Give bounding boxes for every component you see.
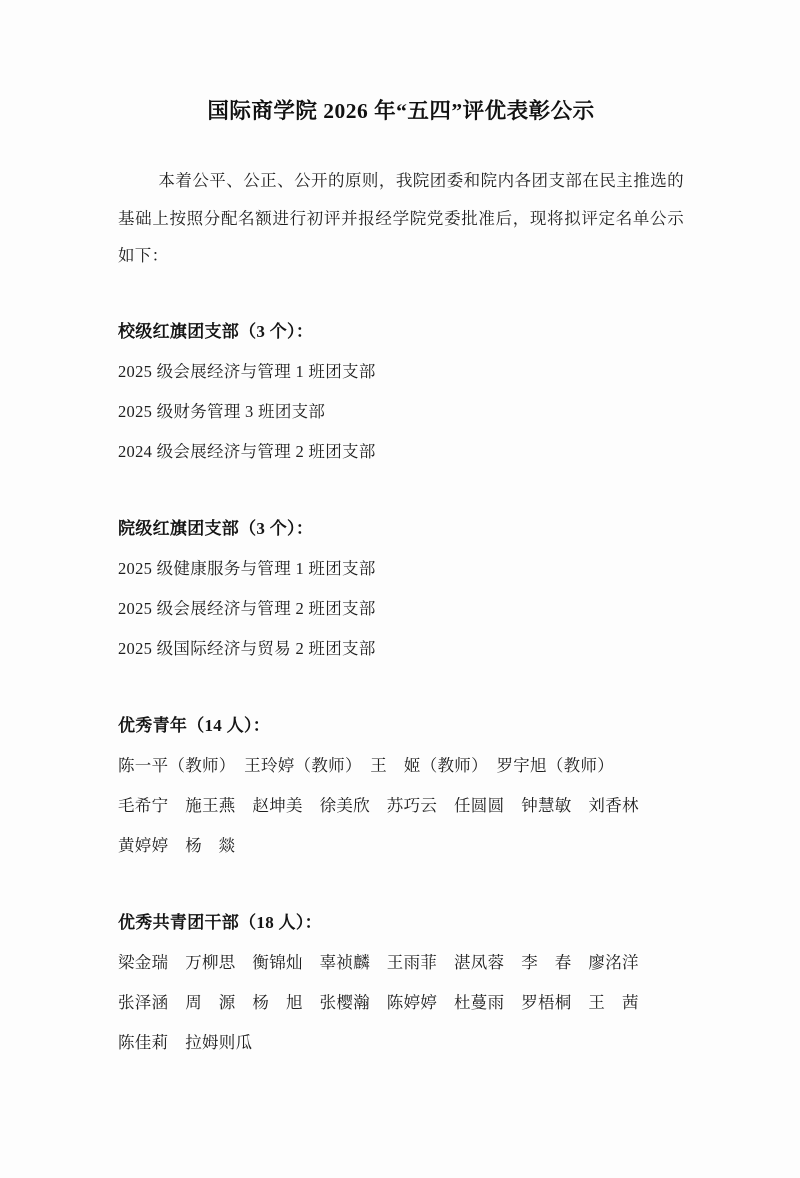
list-item: 2025 级健康服务与管理 1 班团支部 bbox=[118, 549, 684, 589]
page-title: 国际商学院 2026 年“五四”评优表彰公示 bbox=[118, 96, 684, 126]
section-heading: 优秀青年（14 人）： bbox=[118, 706, 684, 746]
name-list-line: 张泽涵 周 源 杨 旭 张樱瀚 陈婷婷 杜蔓雨 罗梧桐 王 茜 bbox=[118, 983, 684, 1023]
name-list-line: 黄婷婷 杨 燚 bbox=[118, 826, 684, 866]
list-item: 2025 级国际经济与贸易 2 班团支部 bbox=[118, 629, 684, 669]
section-outstanding-youth: 优秀青年（14 人）： 陈一平（教师） 王玲婷（教师） 王 姬（教师） 罗宇旭（… bbox=[118, 706, 684, 866]
section-outstanding-league-cadres: 优秀共青团干部（18 人）： 梁金瑞 万柳思 衡锦灿 辜祯麟 王雨菲 湛凤蓉 李… bbox=[118, 903, 684, 1063]
list-item: 2025 级财务管理 3 班团支部 bbox=[118, 392, 684, 432]
section-heading: 校级红旗团支部（3 个）： bbox=[118, 312, 684, 352]
list-item: 2024 级会展经济与管理 2 班团支部 bbox=[118, 432, 684, 472]
document-page: 国际商学院 2026 年“五四”评优表彰公示 本着公平、公正、公开的原则，我院团… bbox=[0, 0, 800, 1178]
intro-paragraph: 本着公平、公正、公开的原则，我院团委和院内各团支部在民主推选的基础上按照分配名额… bbox=[118, 162, 684, 275]
list-item: 2025 级会展经济与管理 1 班团支部 bbox=[118, 352, 684, 392]
section-heading: 优秀共青团干部（18 人）： bbox=[118, 903, 684, 943]
name-list-line: 毛希宁 施王燕 赵坤美 徐美欣 苏巧云 任圆圆 钟慧敏 刘香林 bbox=[118, 786, 684, 826]
name-list-line: 梁金瑞 万柳思 衡锦灿 辜祯麟 王雨菲 湛凤蓉 李 春 廖洺洋 bbox=[118, 943, 684, 983]
list-item: 2025 级会展经济与管理 2 班团支部 bbox=[118, 589, 684, 629]
section-heading: 院级红旗团支部（3 个）： bbox=[118, 509, 684, 549]
name-list-line: 陈一平（教师） 王玲婷（教师） 王 姬（教师） 罗宇旭（教师） bbox=[118, 746, 684, 786]
section-college-red-flag-branches: 院级红旗团支部（3 个）： 2025 级健康服务与管理 1 班团支部 2025 … bbox=[118, 509, 684, 669]
section-school-red-flag-branches: 校级红旗团支部（3 个）： 2025 级会展经济与管理 1 班团支部 2025 … bbox=[118, 312, 684, 472]
document-content: 国际商学院 2026 年“五四”评优表彰公示 本着公平、公正、公开的原则，我院团… bbox=[0, 0, 800, 1063]
name-list-line: 陈佳莉 拉姆则瓜 bbox=[118, 1023, 684, 1063]
